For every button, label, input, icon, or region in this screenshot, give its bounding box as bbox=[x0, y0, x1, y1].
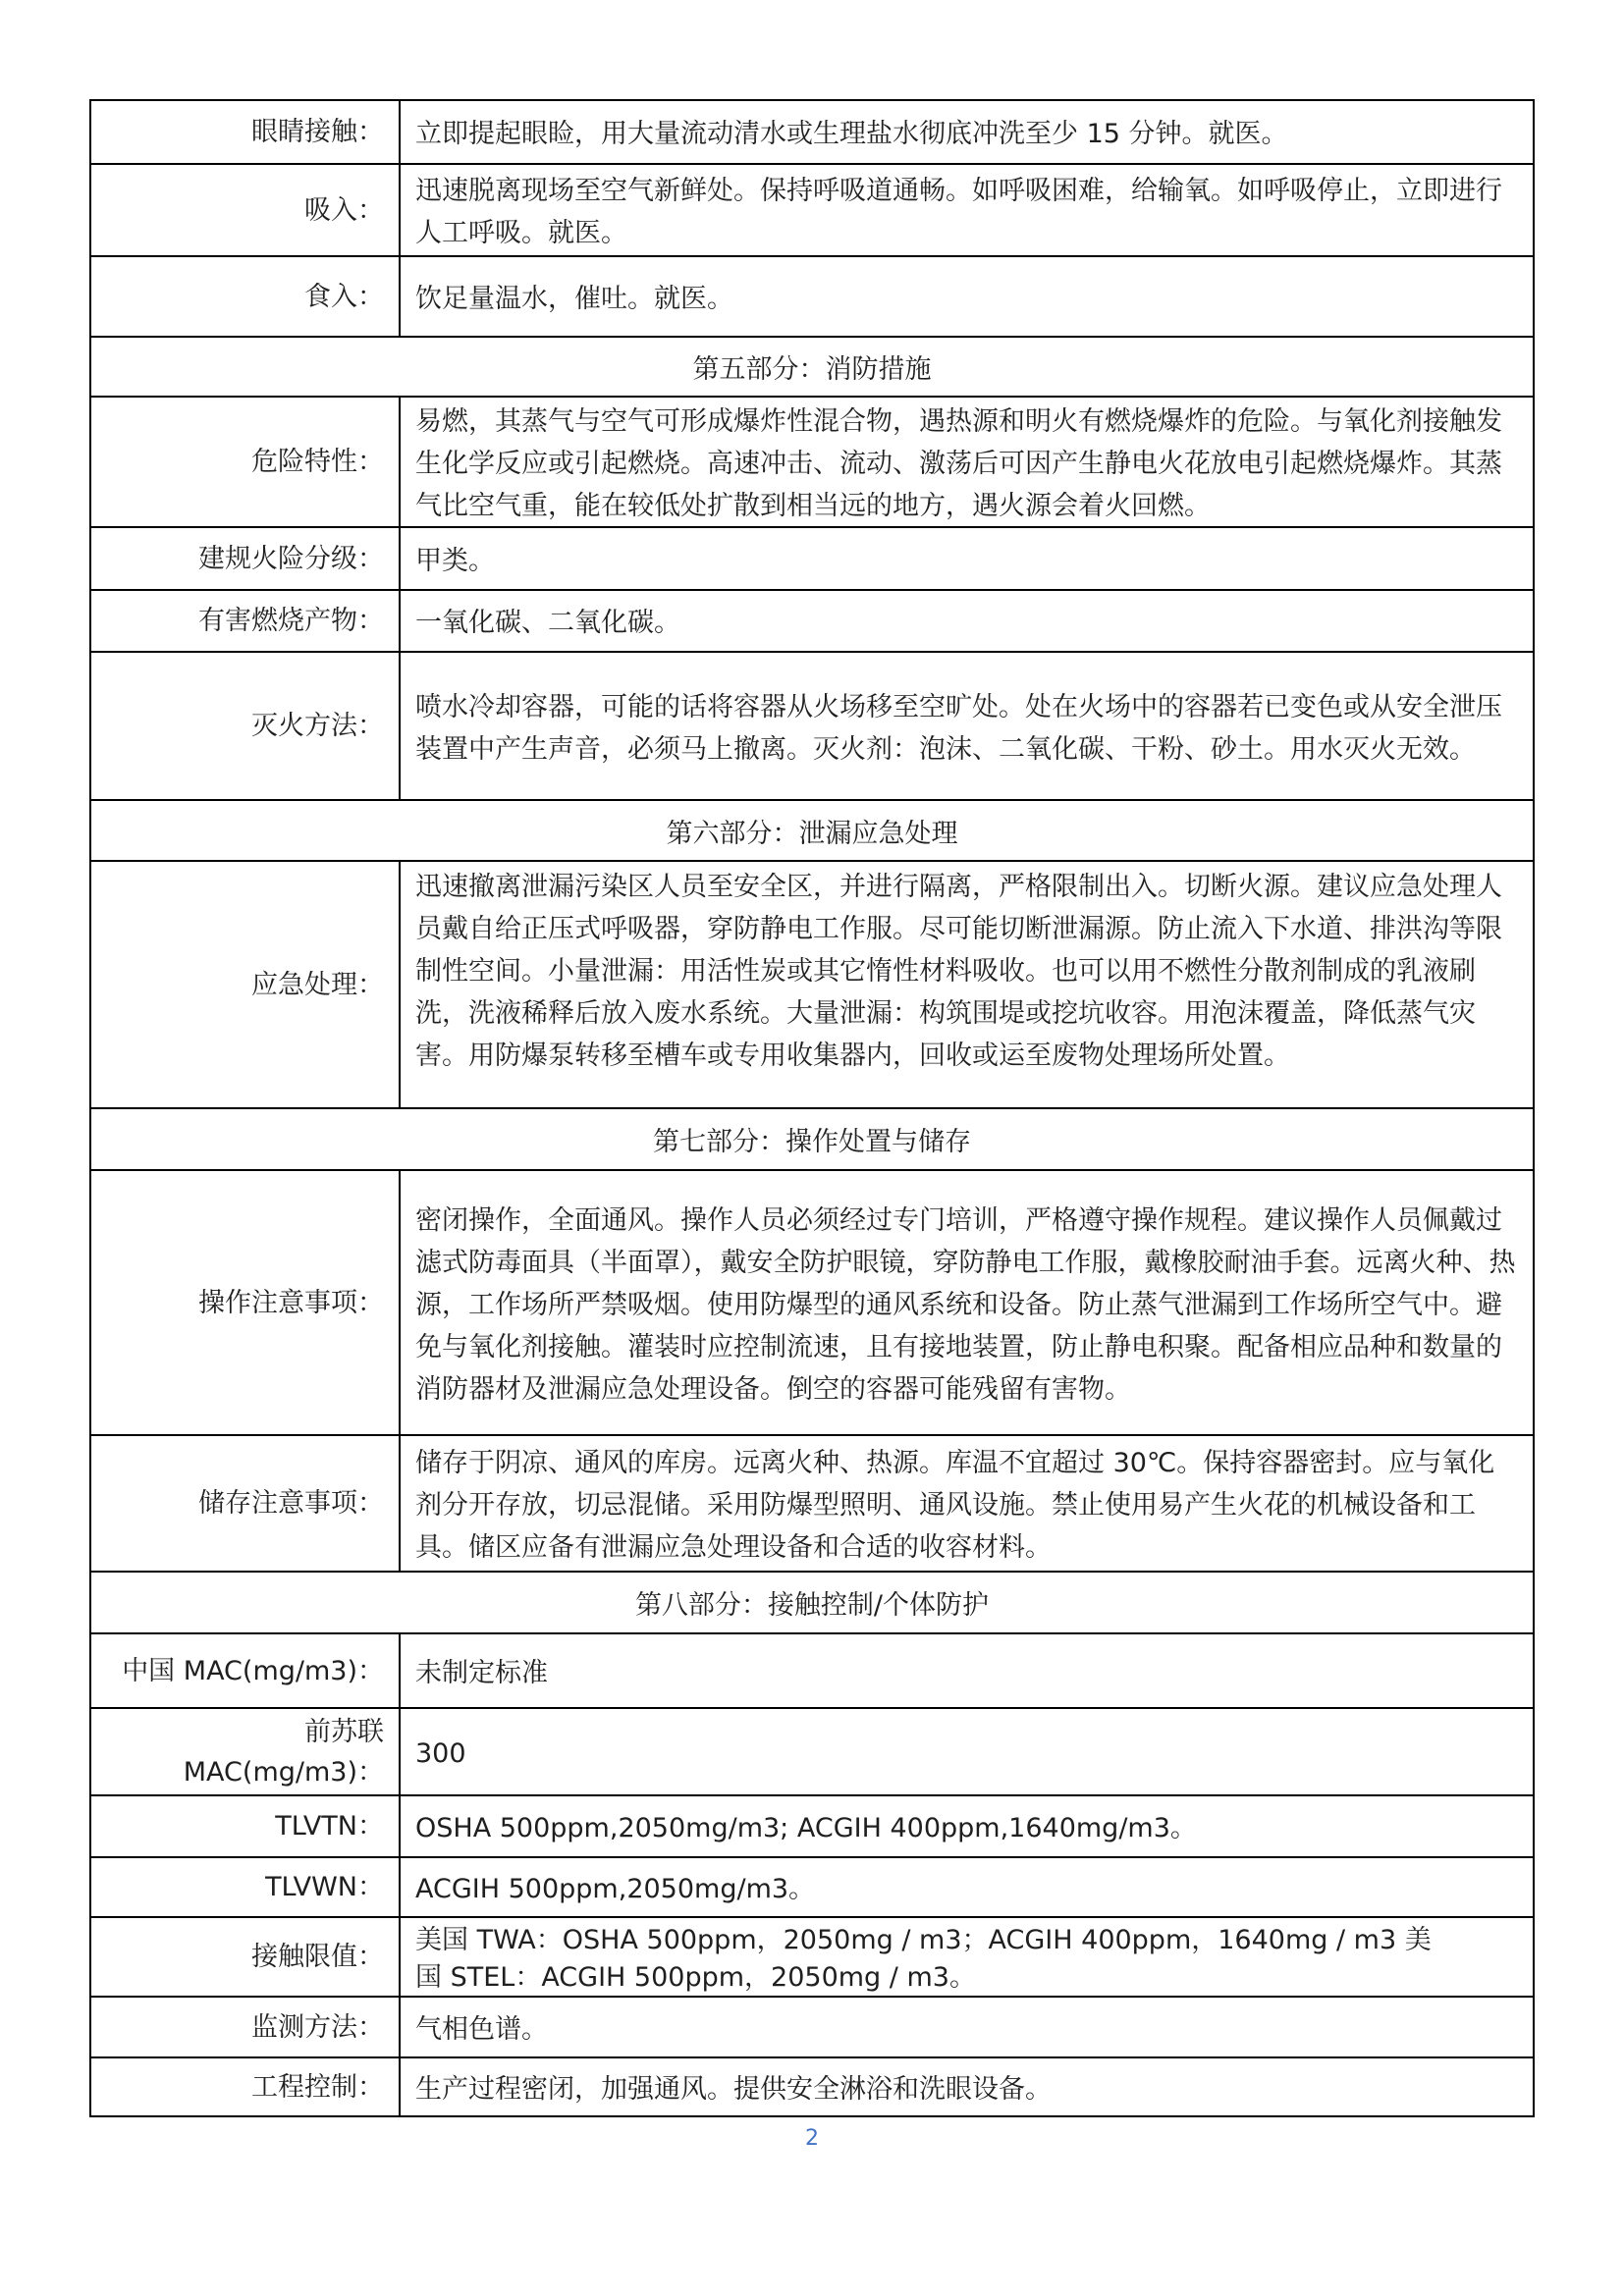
label-text: 灭火方法： bbox=[251, 706, 384, 746]
row-tlvtn: TLVTN： OSHA 500ppm,2050mg/m3; ACGIH 400p… bbox=[91, 1794, 1533, 1856]
label-text: 前苏联 MAC(mg/m3)： bbox=[150, 1712, 384, 1792]
row-exposure-limits: 接触限值： 美国 TWA：OSHA 500ppm，2050mg / m3；ACG… bbox=[91, 1916, 1533, 1996]
row-extinguishing-method: 灭火方法： 喷水冷却容器，可能的话将容器从火场移至空旷处。处在火场中的容器若已变… bbox=[91, 651, 1533, 799]
value-text: 迅速脱离现场至空气新鲜处。保持呼吸道通畅。如呼吸困难，给输氧。如呼吸停止，立即进… bbox=[415, 170, 1519, 254]
value-text: 未制定标准 bbox=[415, 1652, 548, 1694]
value-text: 迅速撤离泄漏污染区人员至安全区，并进行隔离，严格限制出入。切断火源。建议应急处理… bbox=[415, 866, 1519, 1077]
section-header-part8: 第八部分：接触控制/个体防护 bbox=[91, 1571, 1533, 1632]
label-text: 眼睛接触： bbox=[251, 112, 384, 152]
row-value: 饮足量温水，催吐。就医。 bbox=[401, 257, 1533, 336]
label-text: 建规火险分级： bbox=[198, 539, 384, 579]
row-label: 建规火险分级： bbox=[91, 528, 401, 589]
row-label: 危险特性： bbox=[91, 398, 401, 526]
label-text: 监测方法： bbox=[251, 2007, 384, 2048]
row-label: 中国 MAC(mg/m3)： bbox=[91, 1634, 401, 1707]
row-handling-precautions: 操作注意事项： 密闭操作，全面通风。操作人员必须经过专门培训，严格遵守操作规程。… bbox=[91, 1169, 1533, 1434]
value-text: 一氧化碳、二氧化碳。 bbox=[415, 602, 680, 644]
value-text: 甲类。 bbox=[415, 540, 495, 582]
value-text: 饮足量温水，催吐。就医。 bbox=[415, 278, 733, 320]
row-value: ACGIH 500ppm,2050mg/m3。 bbox=[401, 1858, 1533, 1916]
value-text: 气相色谱。 bbox=[415, 2008, 548, 2051]
row-value: 储存于阴凉、通风的库房。远离火种、热源。库温不宜超过 30℃。保持容器密封。应与… bbox=[401, 1436, 1533, 1571]
row-label: 储存注意事项： bbox=[91, 1436, 401, 1571]
row-label: 工程控制： bbox=[91, 2058, 401, 2115]
row-monitoring-method: 监测方法： 气相色谱。 bbox=[91, 1996, 1533, 2056]
value-text: 立即提起眼睑，用大量流动清水或生理盐水彻底冲洗至少 15 分钟。就医。 bbox=[415, 113, 1288, 155]
section-title: 第五部分：消防措施 bbox=[693, 347, 932, 386]
value-text: ACGIH 500ppm,2050mg/m3。 bbox=[415, 1868, 815, 1910]
row-china-mac: 中国 MAC(mg/m3)： 未制定标准 bbox=[91, 1632, 1533, 1707]
row-label: 吸入： bbox=[91, 165, 401, 255]
row-label: TLVWN： bbox=[91, 1858, 401, 1916]
row-value: 迅速脱离现场至空气新鲜处。保持呼吸道通畅。如呼吸困难，给输氧。如呼吸停止，立即进… bbox=[401, 165, 1533, 255]
row-value: 未制定标准 bbox=[401, 1634, 1533, 1707]
row-label: 接触限值： bbox=[91, 1918, 401, 1996]
row-label: 前苏联 MAC(mg/m3)： bbox=[91, 1709, 401, 1794]
value-text: 喷水冷却容器，可能的话将容器从火场移至空旷处。处在火场中的容器若已变色或从安全泄… bbox=[415, 686, 1519, 771]
value-text: 易燃，其蒸气与空气可形成爆炸性混合物，遇热源和明火有燃烧爆炸的危险。与氧化剂接触… bbox=[415, 400, 1519, 526]
label-text: 危险特性： bbox=[251, 442, 384, 482]
row-value: 甲类。 bbox=[401, 528, 1533, 589]
label-text: 食入： bbox=[304, 277, 384, 317]
row-hazard-characteristics: 危险特性： 易燃，其蒸气与空气可形成爆炸性混合物，遇热源和明火有燃烧爆炸的危险。… bbox=[91, 396, 1533, 526]
label-text: TLVWN： bbox=[265, 1867, 384, 1907]
row-value: 一氧化碳、二氧化碳。 bbox=[401, 591, 1533, 651]
row-value: OSHA 500ppm,2050mg/m3; ACGIH 400ppm,1640… bbox=[401, 1796, 1533, 1856]
label-text: 储存注意事项： bbox=[198, 1483, 384, 1523]
row-inhalation: 吸入： 迅速脱离现场至空气新鲜处。保持呼吸道通畅。如呼吸困难，给输氧。如呼吸停止… bbox=[91, 163, 1533, 255]
label-text: 有害燃烧产物： bbox=[198, 601, 384, 641]
row-label: 灭火方法： bbox=[91, 653, 401, 799]
msds-table: 眼睛接触： 立即提起眼睑，用大量流动清水或生理盐水彻底冲洗至少 15 分钟。就医… bbox=[89, 99, 1535, 2117]
label-text: 应急处理： bbox=[251, 965, 384, 1005]
row-label: 操作注意事项： bbox=[91, 1171, 401, 1434]
value-text: 密闭操作，全面通风。操作人员必须经过专门培训，严格遵守操作规程。建议操作人员佩戴… bbox=[415, 1200, 1519, 1411]
row-ingestion: 食入： 饮足量温水，催吐。就医。 bbox=[91, 255, 1533, 336]
row-label: 监测方法： bbox=[91, 1998, 401, 2056]
row-value: 美国 TWA：OSHA 500ppm，2050mg / m3；ACGIH 400… bbox=[401, 1918, 1533, 1996]
row-fire-class: 建规火险分级： 甲类。 bbox=[91, 526, 1533, 589]
value-text: 储存于阴凉、通风的库房。远离火种、热源。库温不宜超过 30℃。保持容器密封。应与… bbox=[415, 1442, 1519, 1569]
page-number: 2 bbox=[0, 2126, 1624, 2151]
section-title: 第六部分：泄漏应急处理 bbox=[667, 812, 958, 850]
section-title: 第七部分：操作处置与储存 bbox=[653, 1120, 971, 1158]
section-header-part5: 第五部分：消防措施 bbox=[91, 336, 1533, 396]
row-value: 密闭操作，全面通风。操作人员必须经过专门培训，严格遵守操作规程。建议操作人员佩戴… bbox=[401, 1171, 1533, 1434]
row-combustion-products: 有害燃烧产物： 一氧化碳、二氧化碳。 bbox=[91, 589, 1533, 651]
row-value: 300 bbox=[401, 1709, 1533, 1794]
section-title: 第八部分：接触控制/个体防护 bbox=[635, 1583, 989, 1622]
row-label: 眼睛接触： bbox=[91, 101, 401, 163]
section-header-part7: 第七部分：操作处置与储存 bbox=[91, 1107, 1533, 1169]
row-engineering-control: 工程控制： 生产过程密闭，加强通风。提供安全淋浴和洗眼设备。 bbox=[91, 2056, 1533, 2115]
value-text: 美国 TWA：OSHA 500ppm，2050mg / m3；ACGIH 400… bbox=[415, 1922, 1454, 1997]
label-text: TLVTN： bbox=[275, 1806, 384, 1846]
row-label: 有害燃烧产物： bbox=[91, 591, 401, 651]
row-value: 气相色谱。 bbox=[401, 1998, 1533, 2056]
label-text: 吸入： bbox=[304, 190, 384, 231]
label-text: 接触限值： bbox=[251, 1937, 384, 1977]
row-eye-contact: 眼睛接触： 立即提起眼睑，用大量流动清水或生理盐水彻底冲洗至少 15 分钟。就医… bbox=[91, 101, 1533, 163]
row-label: 食入： bbox=[91, 257, 401, 336]
row-value: 易燃，其蒸气与空气可形成爆炸性混合物，遇热源和明火有燃烧爆炸的危险。与氧化剂接触… bbox=[401, 398, 1533, 526]
row-value: 迅速撤离泄漏污染区人员至安全区，并进行隔离，严格限制出入。切断火源。建议应急处理… bbox=[401, 862, 1533, 1107]
row-tlvwn: TLVWN： ACGIH 500ppm,2050mg/m3。 bbox=[91, 1856, 1533, 1916]
row-value: 喷水冷却容器，可能的话将容器从火场移至空旷处。处在火场中的容器若已变色或从安全泄… bbox=[401, 653, 1533, 799]
label-text: 中国 MAC(mg/m3)： bbox=[122, 1651, 384, 1691]
value-text: 300 bbox=[415, 1733, 466, 1775]
row-label: TLVTN： bbox=[91, 1796, 401, 1856]
row-ussr-mac: 前苏联 MAC(mg/m3)： 300 bbox=[91, 1707, 1533, 1794]
row-storage-precautions: 储存注意事项： 储存于阴凉、通风的库房。远离火种、热源。库温不宜超过 30℃。保… bbox=[91, 1434, 1533, 1571]
value-text: 生产过程密闭，加强通风。提供安全淋浴和洗眼设备。 bbox=[415, 2068, 1052, 2110]
label-text: 工程控制： bbox=[251, 2067, 384, 2108]
row-label: 应急处理： bbox=[91, 862, 401, 1107]
row-emergency-response: 应急处理： 迅速撤离泄漏污染区人员至安全区，并进行隔离，严格限制出入。切断火源。… bbox=[91, 860, 1533, 1107]
value-text: OSHA 500ppm,2050mg/m3; ACGIH 400ppm,1640… bbox=[415, 1807, 1197, 1849]
row-value: 生产过程密闭，加强通风。提供安全淋浴和洗眼设备。 bbox=[401, 2058, 1533, 2115]
label-text: 操作注意事项： bbox=[198, 1283, 384, 1323]
row-value: 立即提起眼睑，用大量流动清水或生理盐水彻底冲洗至少 15 分钟。就医。 bbox=[401, 101, 1533, 163]
section-header-part6: 第六部分：泄漏应急处理 bbox=[91, 799, 1533, 860]
